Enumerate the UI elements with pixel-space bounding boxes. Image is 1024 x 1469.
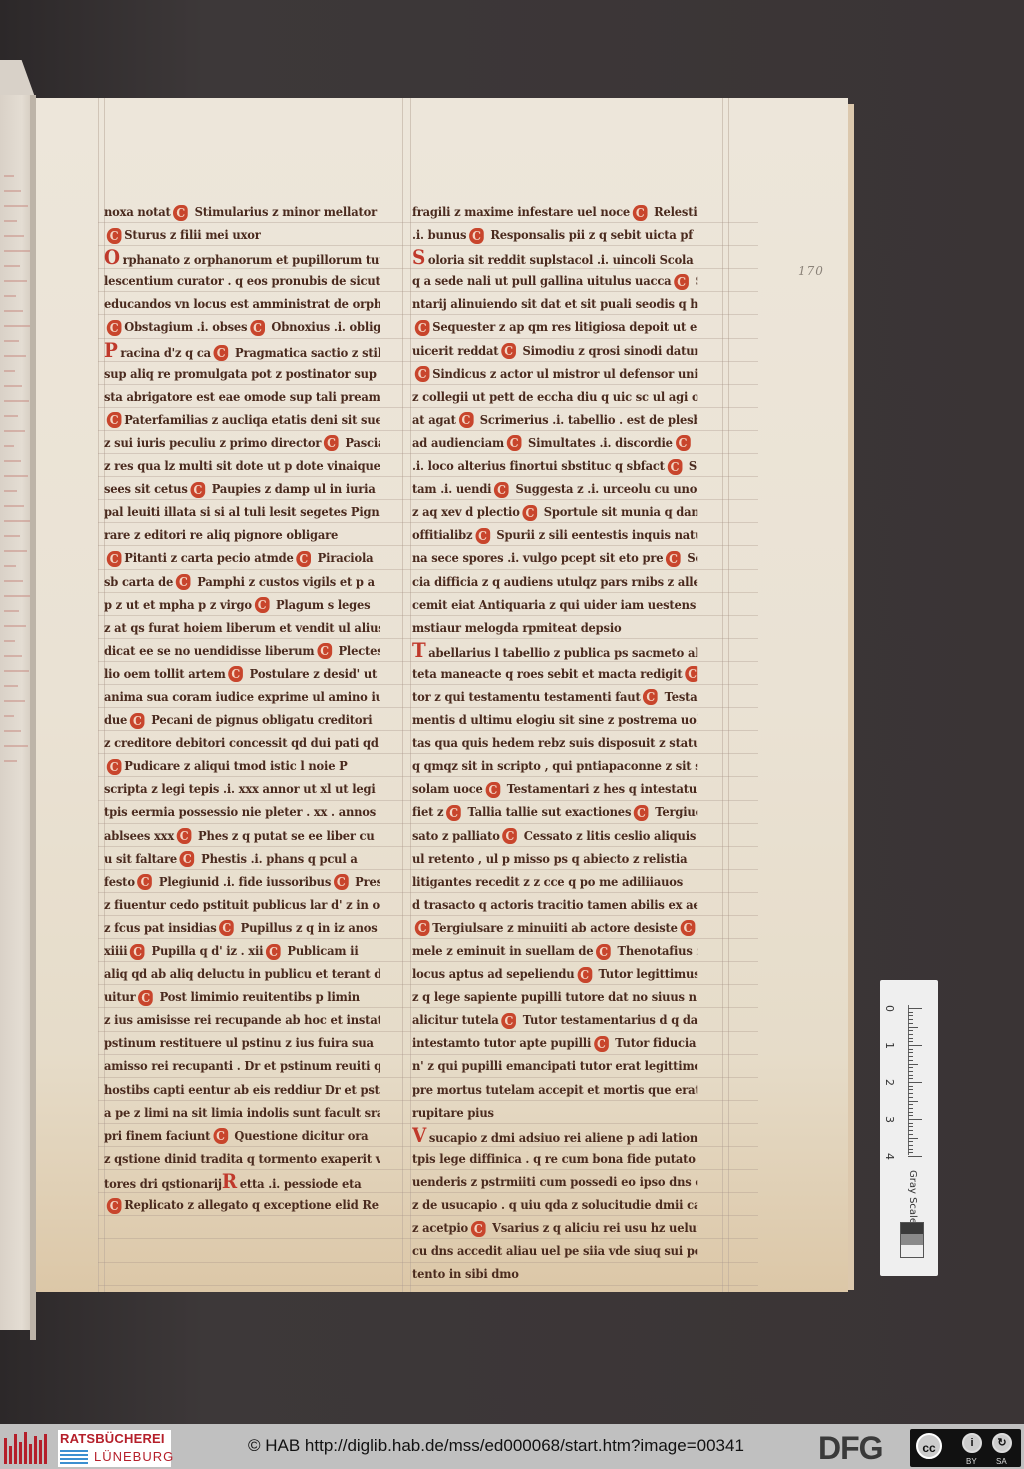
ruling-line-vertical — [98, 98, 99, 1292]
manuscript-line: rupitare pius — [412, 1101, 697, 1124]
manuscript-line: tento in sibi dmo — [412, 1262, 697, 1285]
logo-bar — [14, 1434, 17, 1464]
rubric-paragraph-mark-icon: C — [643, 689, 658, 705]
rubric-paragraph-mark-icon: C — [176, 574, 191, 590]
rubric-paragraph-mark-icon: C — [577, 967, 592, 983]
rubric-paragraph-mark-icon: C — [180, 851, 195, 867]
ruler-tick — [908, 1093, 913, 1094]
rubric-paragraph-mark-icon: C — [334, 874, 349, 890]
manuscript-text: litigantes recedit z z cce q po me adili… — [412, 874, 683, 889]
gray-scale-swatches — [900, 1222, 924, 1258]
manuscript-text: aliq qd ab aliq deluctu in publicu et te… — [104, 966, 380, 981]
manuscript-line: tas qua quis hedem rebz suis disposuit z… — [412, 731, 697, 754]
rubric-paragraph-mark-icon: C — [255, 597, 270, 613]
share-alike-icon: ↻ — [992, 1433, 1012, 1453]
rubric-paragraph-mark-icon: C — [594, 1036, 609, 1052]
adjacent-page-text — [4, 655, 22, 657]
logo-bar — [44, 1434, 47, 1464]
ruler-label: 0 — [883, 1005, 896, 1012]
rubric-entry: Pragmatica sactio z stilus — [231, 345, 380, 360]
ruler-tick — [908, 1071, 913, 1072]
rubric-entry: Tutor legittimus — [595, 966, 698, 981]
rubric-entry: Plectes psgena — [335, 643, 380, 658]
manuscript-line: dueC Pecani de pignus obligatu creditori — [104, 708, 380, 731]
adjacent-page-text — [4, 505, 24, 507]
rubric-entry: Cessato z litis ceslio aliquis — [520, 828, 696, 843]
rubric-paragraph-mark-icon: C — [685, 666, 697, 682]
decorated-initial: O — [104, 246, 120, 269]
manuscript-line: teta maneacte q roes sebit et macta redi… — [412, 662, 697, 685]
adjacent-page-text — [4, 550, 27, 552]
rubric-entry: Phestis .i. phans q pcul a — [197, 851, 357, 866]
rubric-entry: Tergiuer — [651, 804, 697, 819]
ruling-line-vertical — [722, 98, 723, 1292]
rubric-paragraph-mark-icon: C — [317, 643, 332, 659]
manuscript-text: pre mortus tutelam accepit et mortis que… — [412, 1082, 697, 1097]
ruler-tick — [908, 1075, 913, 1076]
adjacent-page-text — [4, 490, 17, 492]
manuscript-text: scripta z legi tepis .i. xxx annor ut xl… — [104, 781, 376, 796]
ruler-tick — [908, 1156, 922, 1157]
manuscript-line: z q lege sapiente pupilli tutore dat no … — [412, 985, 697, 1008]
manuscript-line: na sece spores .i. vulgo pcept sit eto p… — [412, 546, 697, 569]
manuscript-text: etta .i. pessiode eta — [240, 1176, 362, 1191]
adjacent-page-text — [4, 175, 14, 177]
adjacent-page-text — [4, 205, 28, 207]
manuscript-text: z sui iuris peculiu z primo director — [104, 435, 321, 450]
manuscript-text: q a sede nali ut pull gallina uitulus ua… — [412, 273, 671, 288]
manuscript-line: scripta z legi tepis .i. xxx annor ut xl… — [104, 777, 380, 800]
rubric-paragraph-mark-icon: C — [446, 805, 461, 821]
manuscript-text: fiet z — [412, 804, 443, 819]
decorated-initial: R — [222, 1170, 237, 1193]
ruler-tick — [908, 1082, 922, 1083]
manuscript-line: CSequester z ap qm res litigiosa depoit … — [412, 315, 697, 338]
manuscript-text: sb carta de — [104, 574, 173, 589]
rubric-paragraph-mark-icon: C — [501, 1013, 516, 1029]
rubric-paragraph-mark-icon: C — [415, 366, 430, 382]
gray-scale-card: 01234 Gray Scale — [880, 980, 938, 1276]
manuscript-line: n' z qui pupilli emancipati tutor erat l… — [412, 1054, 697, 1077]
manuscript-line: tpis lege diffinica . q re cum bona fide… — [412, 1147, 697, 1170]
manuscript-line: CReplicato z allegato q exceptione elid … — [104, 1193, 380, 1216]
text-column-left: noxa notatC Stimularius z minor mellator… — [104, 200, 404, 1216]
manuscript-text: teta maneacte q roes sebit et macta redi… — [412, 666, 682, 681]
adjacent-page-text — [4, 400, 29, 402]
manuscript-line: educandos vn locus est amministrat de or… — [104, 292, 380, 315]
manuscript-line: tores dri qstionarijRetta .i. pessiode e… — [104, 1170, 380, 1193]
manuscript-text: pri finem faciunt — [104, 1128, 210, 1143]
rubric-entry: Stu — [692, 273, 698, 288]
rubric-paragraph-mark-icon: C — [173, 205, 188, 221]
manuscript-line: ntarij alinuiendo sit dat et sit puali s… — [412, 292, 697, 315]
adjacent-page-text — [4, 760, 17, 762]
manuscript-line: cemit eiat Antiquaria z qui uider iam ue… — [412, 593, 697, 616]
rubric-paragraph-mark-icon: C — [190, 482, 205, 498]
manuscript-text: z collegii ut pett de eccha diu q uic sc… — [412, 389, 697, 404]
logo-bar — [29, 1444, 32, 1464]
manuscript-text: .i. loco alterius finortui sbstituc q sb… — [412, 458, 665, 473]
manuscript-line: litigantes recedit z z cce q po me adili… — [412, 870, 697, 893]
manuscript-text: Sindicus z actor ul mistror ul defensor … — [432, 366, 697, 381]
adjacent-page-text — [4, 310, 23, 312]
adjacent-page-text — [4, 580, 23, 582]
ruler-tick — [908, 1089, 913, 1090]
manuscript-line: fragili z maxime infestare uel noceC Rel… — [412, 200, 697, 223]
manuscript-text: Obstagium .i. obses — [124, 319, 247, 334]
rubric-paragraph-mark-icon: C — [507, 435, 522, 451]
rubric-paragraph-mark-icon: C — [138, 990, 153, 1006]
logo-bar — [39, 1440, 42, 1464]
manuscript-text: cu dns accedit aliau uel pe siia vde siu… — [412, 1243, 697, 1258]
manuscript-text: uitur — [104, 989, 136, 1004]
manuscript-line: z at qs furat hoiem liberum et vendit ul… — [104, 616, 380, 639]
dfg-logo[interactable]: DFG — [818, 1431, 883, 1465]
rubric-entry: Testament z tes — [661, 689, 697, 704]
image-viewer: 170 noxa notatC Stimularius z minor mell… — [0, 0, 1024, 1424]
rubric-paragraph-mark-icon: C — [266, 944, 281, 960]
rubric-paragraph-mark-icon: C — [469, 228, 484, 244]
manuscript-line: lescentium curator . q eos pronubis de s… — [104, 269, 380, 292]
gray-scale-label: Gray Scale — [907, 1170, 918, 1224]
manuscript-line: alicitur tutelaC Tutor testamentarius d … — [412, 1008, 697, 1031]
ruler-tick — [908, 1034, 913, 1035]
manuscript-text: Paterfamilias z aucliqa etatis deni sit … — [124, 412, 380, 427]
manuscript-line: rare z editori re aliq pignore obligare — [104, 523, 380, 546]
manuscript-text: due — [104, 712, 127, 727]
ruler-tick — [908, 1104, 913, 1105]
ruler-tick — [908, 1015, 913, 1016]
manuscript-text: lio oem tollit artem — [104, 666, 226, 681]
rubric-entry: Suggesta z .i. urceolu cu uno — [512, 481, 698, 496]
rubric-paragraph-mark-icon: C — [681, 920, 696, 936]
rubric-paragraph-mark-icon: C — [668, 459, 683, 475]
manuscript-text: tas qua quis hedem rebz suis disposuit z… — [412, 735, 697, 750]
manuscript-line: at agatC Scrimerius .i. tabellio . est d… — [412, 408, 697, 431]
manuscript-text: sup aliq re promulgata pot z postinator … — [104, 366, 380, 381]
ruler-tick — [908, 1086, 913, 1087]
manuscript-text: anima sua coram iudice exprime ul amino … — [104, 689, 380, 704]
adjacent-page-text — [4, 685, 18, 687]
manuscript-line: d trasacto q actoris tracitio tamen abil… — [412, 893, 697, 916]
manuscript-text: ablsees xxx — [104, 828, 174, 843]
manuscript-text: alicitur tutela — [412, 1012, 499, 1027]
rubric-paragraph-mark-icon: C — [107, 1198, 122, 1214]
rubric-paragraph-mark-icon: C — [475, 528, 490, 544]
adjacent-page-text — [4, 370, 15, 372]
rubric-entry: Relestius qio — [650, 204, 697, 219]
rubric-paragraph-mark-icon: C — [214, 345, 229, 361]
ruler-label: 1 — [883, 1042, 896, 1049]
manuscript-text: z creditore debitori concessit qd dui pa… — [104, 735, 380, 750]
manuscript-line: pri finem faciuntC Questione dicitur ora — [104, 1124, 380, 1147]
rubric-paragraph-mark-icon: C — [674, 274, 689, 290]
manuscript-text: tores dri qstionarij — [104, 1176, 222, 1191]
manuscript-text: ntarij alinuiendo sit dat et sit puali s… — [412, 296, 697, 311]
ruler-tick — [908, 1152, 913, 1153]
manuscript-text: cia difficia z q audiens utulqz pars rni… — [412, 574, 697, 589]
rubric-entry: Phes z q putat se ee liber cu — [194, 828, 374, 843]
manuscript-line: z res qua lz multi sit dote ut p dote vi… — [104, 454, 380, 477]
manuscript-text: fragili z maxime infestare uel noce — [412, 204, 630, 219]
adjacent-page-text — [4, 520, 31, 522]
ruler-tick — [908, 1038, 913, 1039]
rubric-paragraph-mark-icon: C — [459, 412, 474, 428]
rubric-paragraph-mark-icon: C — [415, 320, 430, 336]
manuscript-text: na sece spores .i. vulgo pcept sit eto p… — [412, 550, 663, 565]
rubric-entry: Simodiu z qrosi sinodi datur — [519, 343, 698, 358]
manuscript-line: pstinum restituere ul pstinu z ius fuira… — [104, 1031, 380, 1054]
manuscript-line: CPudicare z aliqui tmod istic l noie P — [104, 754, 380, 777]
ruler-tick — [908, 1097, 913, 1098]
copyright-link[interactable]: © HAB http://diglib.hab.de/mss/ed000068/… — [248, 1436, 744, 1456]
manuscript-text: a pe z limi na sit limia indolis sunt fa… — [104, 1105, 380, 1120]
adjacent-page-text — [4, 325, 30, 327]
manuscript-text: Tergiulsare z minuiiti ab actore desiste — [432, 920, 678, 935]
rubric-entry: Postulare z desid' ut — [246, 666, 377, 681]
adjacent-page-text — [4, 190, 21, 192]
rubric-paragraph-mark-icon: C — [471, 1221, 486, 1237]
manuscript-line: CObstagium .i. obsesC Obnoxius .i. oblig… — [104, 315, 380, 338]
manuscript-text: tpis lege diffinica . q re cum bona fide… — [412, 1151, 697, 1166]
manuscript-text: z ius amisisse rei recupande ab hoc et i… — [104, 1012, 380, 1027]
adjacent-page-text — [4, 745, 28, 747]
ruler-tick — [908, 1052, 913, 1053]
manuscript-text: tento in sibi dmo — [412, 1266, 519, 1281]
manuscript-line: CTergiulsare z minuiiti ab actore desist… — [412, 916, 697, 939]
rubric-entry: Pascia — [342, 435, 380, 450]
manuscript-line: dicat ee se no uendidisse liberumC Plect… — [104, 639, 380, 662]
manuscript-line: .i. bunusC Responsalis pii z q sebit uic… — [412, 223, 697, 246]
manuscript-text: festo — [104, 874, 135, 889]
manuscript-text: dicat ee se no uendidisse liberum — [104, 643, 314, 658]
rubric-entry: Publicam ii — [284, 943, 359, 958]
ruler-tick — [908, 1119, 922, 1120]
manuscript-text: rare z editori re aliq pignore obligare — [104, 527, 338, 542]
manuscript-line: ad audienciamC Simultates .i. discordieC… — [412, 431, 697, 454]
rubric-entry: Obnoxius .i. obligatus — [268, 319, 380, 334]
text-column-right: fragili z maxime infestare uel noceC Rel… — [412, 200, 722, 1285]
cc-sa-label: SA — [996, 1457, 1007, 1466]
rubric-paragraph-mark-icon: C — [501, 343, 516, 359]
logo-bar — [34, 1436, 37, 1464]
manuscript-line: z acetpioC Vsarius z q aliciu rei usu hz… — [412, 1216, 697, 1239]
ruler-tick — [908, 1134, 913, 1135]
adjacent-page-text — [4, 565, 16, 567]
gray-swatch — [901, 1234, 923, 1245]
adjacent-page-text — [4, 535, 20, 537]
manuscript-line: fiet zC Tallia tallie sut exactionesC Te… — [412, 800, 697, 823]
rubric-paragraph-mark-icon: C — [634, 805, 649, 821]
rubric-paragraph-mark-icon: C — [596, 944, 611, 960]
manuscript-line: CSindicus z actor ul mistror ul defensor… — [412, 362, 697, 385]
adjacent-page-text — [4, 445, 14, 447]
adjacent-page-corner — [0, 60, 36, 100]
ratsbuecherei-logo[interactable]: RATSBÜCHEREI LÜNEBURG — [58, 1430, 171, 1467]
manuscript-line: Vsucapio z dmi adsiuo rei aliene p adi l… — [412, 1124, 697, 1147]
rubric-paragraph-mark-icon: C — [130, 713, 145, 729]
rubric-entry: Post limimio reuitentibs p limin — [156, 989, 360, 1004]
manuscript-text: tam .i. uendi — [412, 481, 491, 496]
ruler-tick — [908, 1108, 913, 1109]
manuscript-line: .i. loco alterius finortui sbstituc q sb… — [412, 454, 697, 477]
manuscript-line: aliq qd ab aliq deluctu in publicu et te… — [104, 962, 380, 985]
rubric-paragraph-mark-icon: C — [107, 759, 122, 775]
manuscript-line: tpis eermia possessio nie pleter . xx . … — [104, 800, 380, 823]
rubric-paragraph-mark-icon: C — [324, 435, 339, 451]
manuscript-line: ul retento , ul p misso ps q abiecto z r… — [412, 847, 697, 870]
footer-bar: RATSBÜCHEREI LÜNEBURG © HAB http://digli… — [0, 1424, 1024, 1469]
manuscript-line: q qmqz sit in scripto , qui pntiapaconne… — [412, 754, 697, 777]
manuscript-text: z aq xev d plectio — [412, 504, 520, 519]
rubric-paragraph-mark-icon: C — [138, 874, 153, 890]
manuscript-line: sb carta deC Pamphi z custos vigils et p… — [104, 570, 380, 593]
manuscript-line: Pracina d'z q caC Pragmatica sactio z st… — [104, 339, 380, 362]
manuscript-line: CPitanti z carta pecio atmdeC Piraciola — [104, 546, 380, 569]
rubric-entry: Thenotafius z — [614, 943, 698, 958]
rubric-entry: Pupillus z q in iz anos — [237, 920, 378, 935]
cc-icon: cc — [916, 1433, 942, 1459]
rubric-entry: Plagum s leges — [272, 597, 370, 612]
manuscript-line: Soloria sit reddit suplstacol .i. uincol… — [412, 246, 697, 269]
manuscript-text: Pudicare z aliqui tmod istic l noie P — [124, 758, 347, 773]
book-icon — [60, 1450, 88, 1465]
ruler-tick — [908, 1060, 913, 1061]
manuscript-line: sta abrigatore est eae omode sup tali pr… — [104, 385, 380, 408]
manuscript-text: sta abrigatore est eae omode sup tali pr… — [104, 389, 380, 404]
manuscript-line: pre mortus tutelam accepit et mortis que… — [412, 1078, 697, 1101]
manuscript-text: mstiaur melogda rpmiteat depsio — [412, 620, 622, 635]
rubric-paragraph-mark-icon: C — [107, 228, 122, 244]
manuscript-line: mstiaur melogda rpmiteat depsio — [412, 616, 697, 639]
ruler-tick — [908, 1064, 918, 1065]
adjacent-page-text — [4, 265, 20, 267]
ruling-line-vertical — [410, 98, 411, 1292]
rubric-entry: Subhas — [685, 458, 697, 473]
ruler-tick — [908, 1041, 913, 1042]
manuscript-line: z sui iuris peculiu z primo directorC Pa… — [104, 431, 380, 454]
adjacent-page-text — [4, 220, 17, 222]
manuscript-text: n' z qui pupilli emancipati tutor erat l… — [412, 1058, 697, 1073]
manuscript-line: Orphanato z orphanorum et pupillorum tut… — [104, 246, 380, 269]
manuscript-text: tor z qui testamentu testamenti faut — [412, 689, 641, 704]
manuscript-line: z ius amisisse rei recupande ab hoc et i… — [104, 1008, 380, 1031]
manuscript-text: z q lege sapiente pupilli tutore dat no … — [412, 989, 697, 1004]
ruler-label: 2 — [883, 1079, 896, 1086]
manuscript-line: z de usucapio . q uiu qda z solucitudie … — [412, 1193, 697, 1216]
manuscript-line: cia difficia z q audiens utulqz pars rni… — [412, 570, 697, 593]
adjacent-page-text — [4, 595, 30, 597]
ruler-tick — [908, 1023, 913, 1024]
manuscript-text: lescentium curator . q eos pronubis de s… — [104, 273, 380, 288]
manuscript-text: z fiuentur cedo pstituit publicus lar d'… — [104, 897, 380, 912]
manuscript-line: z qstione dinid tradita q tormento exape… — [104, 1147, 380, 1170]
manuscript-line: u sit faltareC Phestis .i. phans q pcul … — [104, 847, 380, 870]
rubric-entry: Prestas — [351, 874, 380, 889]
rubric-paragraph-mark-icon: C — [415, 920, 430, 936]
ruler-tick — [908, 1138, 918, 1139]
rubric-entry: Piraciola — [314, 550, 374, 565]
ruler-tick — [908, 1149, 913, 1150]
rubric-paragraph-mark-icon: C — [522, 505, 537, 521]
rubric-entry: Suffect — [693, 435, 697, 450]
ruler-tick — [908, 1101, 918, 1102]
ruler-tick — [908, 1078, 913, 1079]
manuscript-text: ad audienciam — [412, 435, 504, 450]
manuscript-text: Pitanti z carta pecio atmde — [124, 550, 293, 565]
manuscript-text: locus aptus ad sepeliendu — [412, 966, 574, 981]
rubric-paragraph-mark-icon: C — [228, 666, 243, 682]
manuscript-line: uiturC Post limimio reuitentibs p limin — [104, 985, 380, 1008]
rubric-paragraph-mark-icon: C — [213, 1128, 228, 1144]
manuscript-text: rphanato z orphanorum et pupillorum tuto… — [123, 252, 380, 267]
adjacent-page-text — [4, 415, 18, 417]
manuscript-text: hostibs capti eentur ab eis reddiur Dr e… — [104, 1082, 380, 1097]
manuscript-text: ul retento , ul p misso ps q abiecto z r… — [412, 851, 687, 866]
manuscript-line: amisso rei recupanti . Dr et pstinum reu… — [104, 1054, 380, 1077]
manuscript-text: amisso rei recupanti . Dr et pstinum reu… — [104, 1058, 380, 1073]
manuscript-line: xiiiiC Pupilla q d' iz . xiiC Publicam i… — [104, 939, 380, 962]
ruler-tick — [908, 1049, 913, 1050]
manuscript-text: sato z palliato — [412, 828, 500, 843]
ruler-tick — [908, 1130, 913, 1131]
manuscript-line: tor z qui testamentu testamenti fautC Te… — [412, 685, 697, 708]
rubric-paragraph-mark-icon: C — [130, 944, 145, 960]
adjacent-page-text — [4, 340, 19, 342]
rubric-entry: Tutor fiducia — [611, 1035, 696, 1050]
ruler-tick — [908, 1019, 913, 1020]
cc-by-label: BY — [966, 1457, 977, 1466]
adjacent-page-text — [4, 610, 19, 612]
manuscript-text: noxa notat — [104, 204, 171, 219]
manuscript-text: educandos vn locus est amministrat de or… — [104, 296, 380, 311]
manuscript-line: CSturus z filii mei uxor — [104, 223, 380, 246]
manuscript-text: z qstione dinid tradita q tormento exape… — [104, 1151, 380, 1166]
manuscript-line: ablsees xxxC Phes z q putat se ee liber … — [104, 824, 380, 847]
cc-license-badge[interactable]: cc i BY ↻ SA — [910, 1429, 1021, 1467]
manuscript-line: z collegii ut pett de eccha diu q uic sc… — [412, 385, 697, 408]
manuscript-line: sup aliq re promulgata pot z postinator … — [104, 362, 380, 385]
manuscript-line: mentis d ultimu elogiu sit sine z postre… — [412, 708, 697, 731]
rubric-entry: Stimularius z minor mellator — [191, 204, 377, 219]
manuscript-text: solam uoce — [412, 781, 483, 796]
adjacent-page-text — [4, 460, 21, 462]
ruling-line-vertical — [728, 98, 729, 1292]
manuscript-text: u sit faltare — [104, 851, 177, 866]
manuscript-text: z at qs furat hoiem liberum et vendit ul… — [104, 620, 380, 635]
rubric-entry: Sente — [684, 550, 698, 565]
rubric-entry: Pecani de pignus obligatu creditori — [147, 712, 372, 727]
manuscript-text: sees sit cetus — [104, 481, 188, 496]
manuscript-text: offitialibz — [412, 527, 472, 542]
manuscript-line: hostibs capti eentur ab eis reddiur Dr e… — [104, 1078, 380, 1101]
manuscript-text: z acetpio — [412, 1220, 468, 1235]
manuscript-text: z de usucapio . q uiu qda z solucitudie … — [412, 1197, 697, 1212]
manuscript-line: offitialibzC Spurii z sili eentestis inq… — [412, 523, 697, 546]
logo-text-top: RATSBÜCHEREI — [60, 1431, 165, 1446]
manuscript-line: a pe z limi na sit limia indolis sunt fa… — [104, 1101, 380, 1124]
decorated-initial: T — [412, 639, 426, 662]
rubric-paragraph-mark-icon: C — [107, 412, 122, 428]
manuscript-line: sato z palliatoC Cessato z litis ceslio … — [412, 824, 697, 847]
manuscript-text: p z ut et mpha p z virgo — [104, 597, 252, 612]
adjacent-page-text — [4, 430, 25, 432]
logo-bar — [9, 1446, 12, 1464]
rubric-entry: Pamphi z custos vigils et p a — [193, 574, 374, 589]
rubric-paragraph-mark-icon: C — [219, 920, 234, 936]
manuscript-text: Sequester z ap qm res litigiosa depoit u… — [432, 319, 697, 334]
rubric-entry: Vsarius z q aliciu rei usu hz uelut — [488, 1220, 697, 1235]
